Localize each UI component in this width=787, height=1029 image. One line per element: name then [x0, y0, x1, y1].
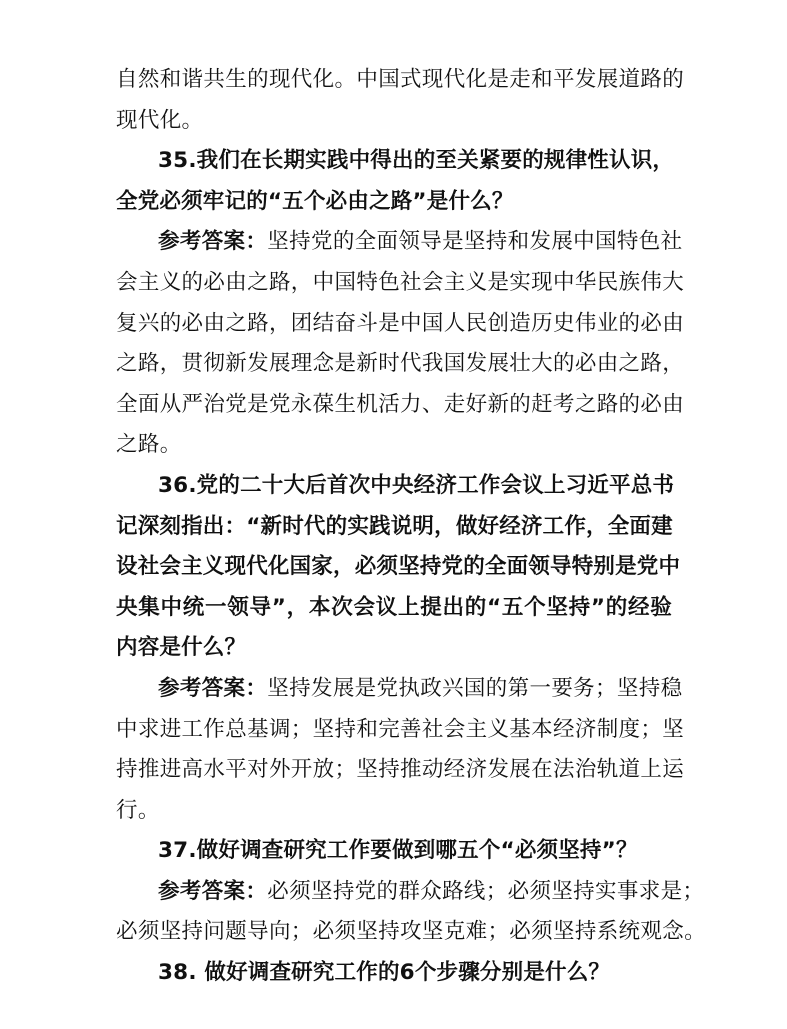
answer-line: 持推进高水平对外开放；坚持推动经济发展在法治轨道上运 — [116, 750, 672, 791]
question-line: 记深刻指出：“新时代的实践说明，做好经济工作，全面建 — [116, 507, 672, 548]
answer-line: 之路。 — [116, 425, 672, 466]
answer-36: 参考答案：坚持发展是党执政兴国的第一要务；坚持稳 中求进工作总基调；坚持和完善社… — [116, 669, 672, 831]
question-line: 35.我们在长期实践中得出的至关紧要的规律性认识， — [116, 141, 672, 182]
question-line: 央集中统一领导”，本次会议上提出的“五个坚持”的经验 — [116, 588, 672, 629]
question-line: 38. 做好调查研究工作的6个步骤分别是什么？ — [116, 953, 672, 994]
answer-label: 参考答案： — [158, 229, 267, 254]
question-line: 全党必须牢记的“五个必由之路”是什么？ — [116, 182, 672, 223]
answer-line: 之路，贯彻新发展理念是新时代我国发展壮大的必由之路， — [116, 344, 672, 385]
document-page: 自然和谐共生的现代化。中国式现代化是走和平发展道路的 现代化。 35.我们在长期… — [116, 60, 672, 994]
paragraph-continuation: 自然和谐共生的现代化。中国式现代化是走和平发展道路的 现代化。 — [116, 60, 672, 141]
answer-line: 参考答案：坚持党的全面领导是坚持和发展中国特色社 — [116, 222, 672, 263]
answer-line: 复兴的必由之路，团结奋斗是中国人民创造历史伟业的必由 — [116, 304, 672, 345]
text-line: 自然和谐共生的现代化。中国式现代化是走和平发展道路的 — [116, 60, 672, 101]
question-38: 38. 做好调查研究工作的6个步骤分别是什么？ — [116, 953, 672, 994]
question-36: 36.党的二十大后首次中央经济工作会议上习近平总书 记深刻指出：“新时代的实践说… — [116, 466, 672, 669]
question-line: 内容是什么？ — [116, 628, 672, 669]
answer-text: 坚持发展是党执政兴国的第一要务；坚持稳 — [267, 676, 682, 701]
answer-37: 参考答案：必须坚持党的群众路线；必须坚持实事求是； 必须坚持问题导向；必须坚持攻… — [116, 872, 672, 953]
question-35: 35.我们在长期实践中得出的至关紧要的规律性认识， 全党必须牢记的“五个必由之路… — [116, 141, 672, 222]
text-line: 现代化。 — [116, 101, 672, 142]
question-line: 设社会主义现代化国家，必须坚持党的全面领导特别是党中 — [116, 547, 672, 588]
question-line: 36.党的二十大后首次中央经济工作会议上习近平总书 — [116, 466, 672, 507]
answer-line: 中求进工作总基调；坚持和完善社会主义基本经济制度；坚 — [116, 710, 672, 751]
answer-label: 参考答案： — [158, 676, 267, 701]
answer-line: 会主义的必由之路，中国特色社会主义是实现中华民族伟大 — [116, 263, 672, 304]
answer-label: 参考答案： — [158, 879, 267, 904]
answer-line: 全面从严治党是党永葆生机活力、走好新的赶考之路的必由 — [116, 385, 672, 426]
answer-line: 参考答案：必须坚持党的群众路线；必须坚持实事求是； — [116, 872, 672, 913]
question-line: 37.做好调查研究工作要做到哪五个“必须坚持”？ — [116, 831, 672, 872]
answer-35: 参考答案：坚持党的全面领导是坚持和发展中国特色社 会主义的必由之路，中国特色社会… — [116, 222, 672, 466]
answer-text: 坚持党的全面领导是坚持和发展中国特色社 — [267, 229, 682, 254]
answer-line: 参考答案：坚持发展是党执政兴国的第一要务；坚持稳 — [116, 669, 672, 710]
question-37: 37.做好调查研究工作要做到哪五个“必须坚持”？ — [116, 831, 672, 872]
answer-text: 必须坚持党的群众路线；必须坚持实事求是； — [267, 879, 704, 904]
answer-line: 行。 — [116, 791, 672, 832]
answer-line: 必须坚持问题导向；必须坚持攻坚克难；必须坚持系统观念。 — [116, 912, 672, 953]
